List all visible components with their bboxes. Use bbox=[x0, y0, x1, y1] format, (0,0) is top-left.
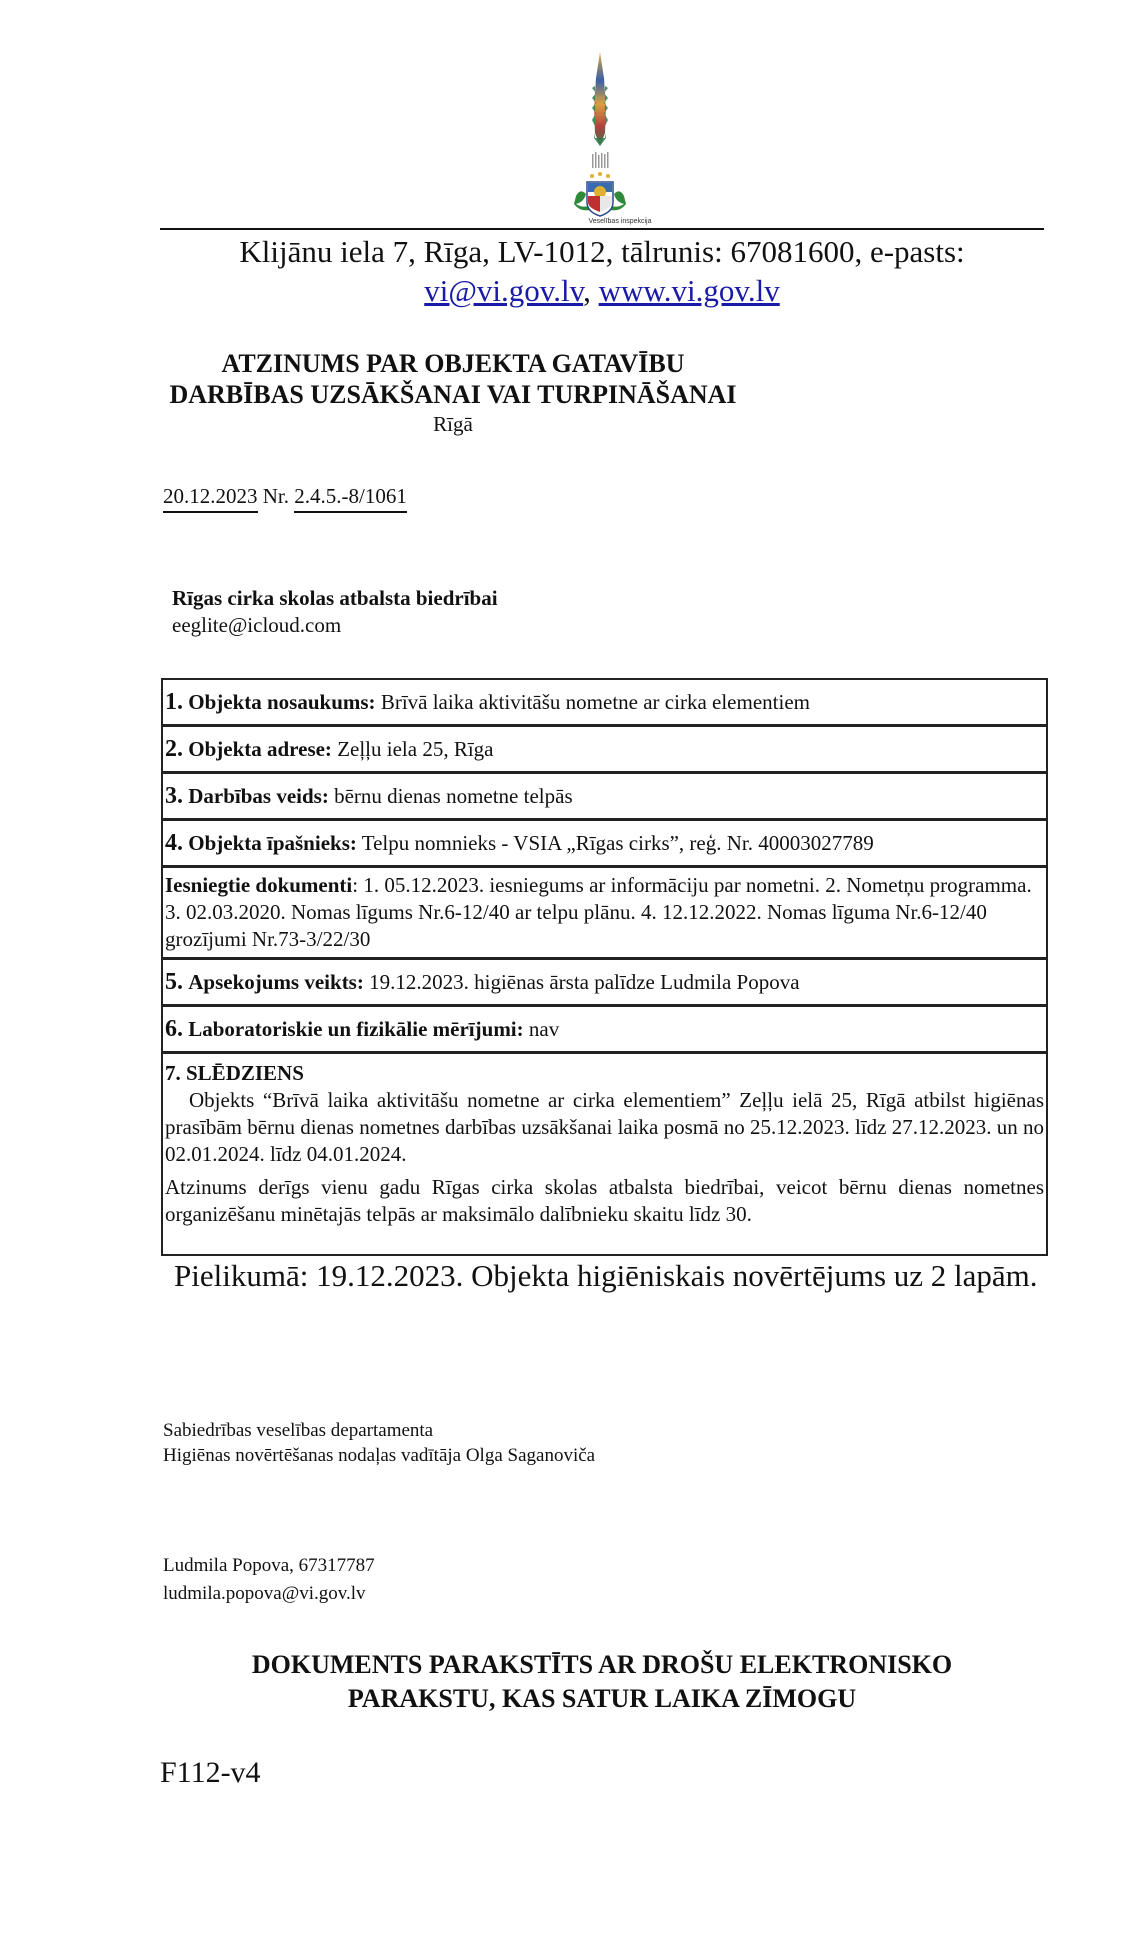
document-city: Rīgā bbox=[163, 412, 743, 437]
row-value: nav bbox=[529, 1017, 559, 1041]
contact-email: ludmila.popova@vi.gov.lv bbox=[163, 1580, 375, 1608]
row-label: Objekta īpašnieks: bbox=[188, 831, 357, 855]
logo-caption: Veselības inspekcija bbox=[570, 218, 670, 225]
table-row-inspection: 5. Apsekojums veikts: 19.12.2023. higiēn… bbox=[163, 960, 1046, 1007]
website-link[interactable]: www.vi.gov.lv bbox=[599, 273, 780, 308]
row-number: 1. bbox=[165, 689, 183, 715]
table-row-conclusion: 7. SLĒDZIENS Objekts “Brīvā laika aktivi… bbox=[163, 1054, 1046, 1254]
row-value: bērnu dienas nometne telpās bbox=[334, 784, 573, 808]
address-line: Klijānu iela 7, Rīga, LV-1012, tālrunis:… bbox=[160, 232, 1044, 271]
row-label: Objekta nosaukums: bbox=[188, 690, 375, 714]
document-date: 20.12.2023 bbox=[163, 484, 258, 513]
table-row-measurements: 6. Laboratoriskie un fizikālie mērījumi:… bbox=[163, 1007, 1046, 1054]
row-label: Objekta adrese: bbox=[188, 737, 332, 761]
row-number: 4. bbox=[165, 830, 183, 856]
row-label: Darbības veids: bbox=[188, 784, 329, 808]
title-line-1: ATZINUMS PAR OBJEKTA GATAVĪBU bbox=[163, 348, 743, 379]
signatory-department: Sabiedrības veselības departamenta bbox=[163, 1418, 595, 1443]
esignature-line-1: DOKUMENTS PARAKSTĪTS AR DROŠU ELEKTRONIS… bbox=[160, 1648, 1044, 1682]
number-label: Nr. bbox=[263, 484, 289, 508]
row-value: 19.12.2023. higiēnas ārsta palīdze Ludmi… bbox=[369, 970, 799, 994]
esignature-line-2: PARAKSTU, KAS SATUR LAIKA ZĪMOGU bbox=[160, 1682, 1044, 1716]
recipient-email: eeglite@icloud.com bbox=[172, 612, 498, 639]
contact-links: vi@vi.gov.lv, www.vi.gov.lv bbox=[160, 271, 1044, 310]
table-row-object-name: 1. Objekta nosaukums: Brīvā laika aktivi… bbox=[163, 680, 1046, 727]
title-line-2: DARBĪBAS UZSĀKŠANAI VAI TURPINĀŠANAI bbox=[163, 379, 743, 410]
recipient-block: Rīgas cirka skolas atbalsta biedrībai ee… bbox=[172, 585, 498, 639]
contact-name-phone: Ludmila Popova, 67317787 bbox=[163, 1552, 375, 1580]
document-title: ATZINUMS PAR OBJEKTA GATAVĪBU DARBĪBAS U… bbox=[163, 348, 743, 410]
veselibas-inspekcija-logo: Veselības inspekcija bbox=[570, 48, 670, 228]
table-row-object-address: 2. Objekta adrese: Zeļļu iela 25, Rīga bbox=[163, 727, 1046, 774]
row-number: 6. bbox=[165, 1016, 183, 1042]
electronic-signature-notice: DOKUMENTS PARAKSTĪTS AR DROŠU ELEKTRONIS… bbox=[160, 1648, 1044, 1716]
row-label: Iesniegtie dokumenti bbox=[165, 873, 352, 897]
document-number: 2.4.5.-8/1061 bbox=[294, 484, 407, 513]
institution-address: Klijānu iela 7, Rīga, LV-1012, tālrunis:… bbox=[160, 232, 1044, 310]
row-label: Laboratoriskie un fizikālie mērījumi: bbox=[188, 1017, 523, 1041]
header-divider bbox=[160, 228, 1044, 230]
row-value: Brīvā laika aktivitāšu nometne ar cirka … bbox=[381, 690, 810, 714]
signatory-block: Sabiedrības veselības departamenta Higiē… bbox=[163, 1418, 595, 1468]
table-row-object-owner: 4. Objekta īpašnieks: Telpu nomnieks - V… bbox=[163, 821, 1046, 868]
row-value: Telpu nomnieks - VSIA „Rīgas cirks”, reģ… bbox=[362, 831, 874, 855]
contact-person: Ludmila Popova, 67317787 ludmila.popova@… bbox=[163, 1552, 375, 1608]
email-link[interactable]: vi@vi.gov.lv bbox=[424, 273, 583, 308]
conclusion-heading: 7. SLĒDZIENS bbox=[165, 1060, 1044, 1087]
conclusion-paragraph-1: Objekts “Brīvā laika aktivitāšu nometne … bbox=[165, 1087, 1044, 1168]
row-label: Apsekojums veikts: bbox=[188, 970, 364, 994]
link-separator: , bbox=[583, 273, 599, 308]
conclusion-paragraph-2: Atzinums derīgs vienu gadu Rīgas cirka s… bbox=[165, 1174, 1044, 1228]
row-number: 2. bbox=[165, 736, 183, 762]
recipient-name: Rīgas cirka skolas atbalsta biedrībai bbox=[172, 585, 498, 612]
object-details-table: 1. Objekta nosaukums: Brīvā laika aktivi… bbox=[161, 678, 1048, 1256]
attachment-note: Pielikumā: 19.12.2023. Objekta higiēnisk… bbox=[174, 1256, 1044, 1296]
row-value: Zeļļu iela 25, Rīga bbox=[337, 737, 493, 761]
form-code: F112-v4 bbox=[160, 1756, 261, 1790]
row-number: 5. bbox=[165, 969, 183, 995]
table-row-activity-type: 3. Darbības veids: bērnu dienas nometne … bbox=[163, 774, 1046, 821]
table-row-submitted-documents: Iesniegtie dokumenti: 1. 05.12.2023. ies… bbox=[163, 868, 1046, 960]
signatory-name: Higiēnas novērtēšanas nodaļas vadītāja O… bbox=[163, 1443, 595, 1468]
row-number: 3. bbox=[165, 783, 183, 809]
document-date-number: 20.12.2023 Nr. 2.4.5.-8/1061 bbox=[163, 484, 407, 513]
coat-of-arms-icon bbox=[570, 48, 670, 218]
